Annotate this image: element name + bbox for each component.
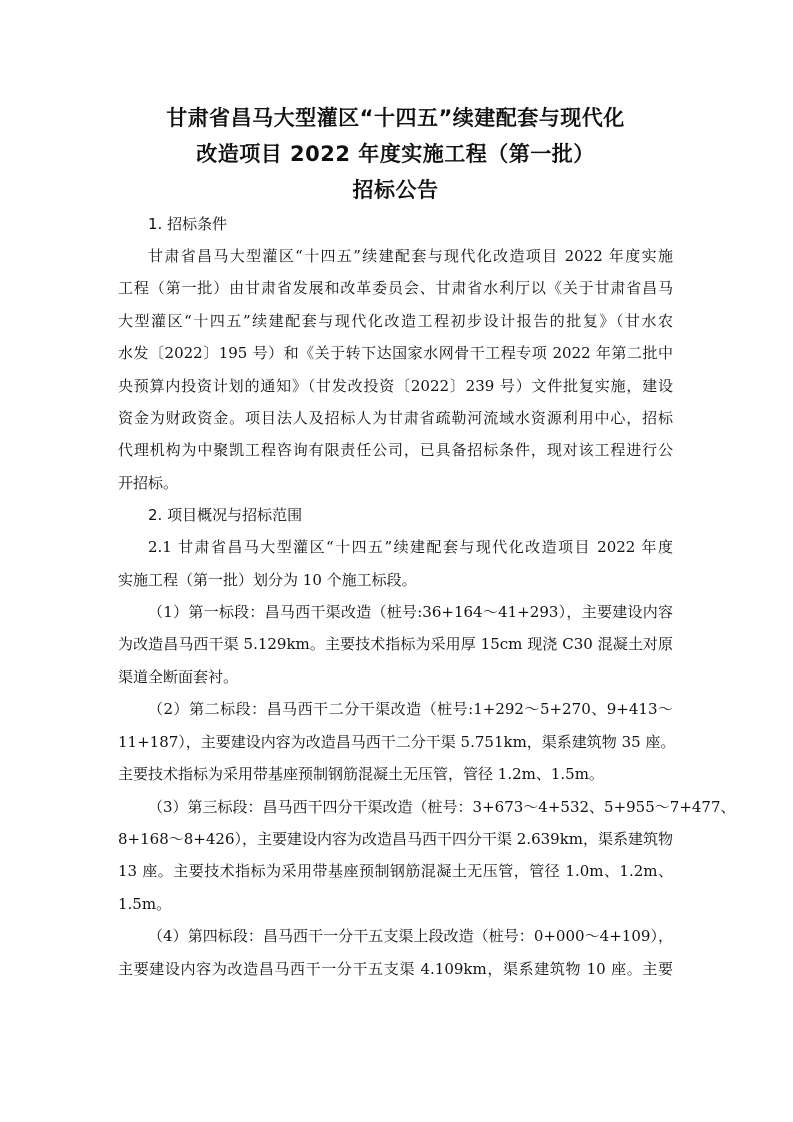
text-line: 甘肃省昌马大型灌区“十四五”续建配套与现代化改造项目 2022 年度实施: [118, 240, 673, 272]
paragraph-lot-3: （3）第三标段：昌马西干四分干渠改造（桩号：3+673～4+532、5+955～…: [118, 791, 673, 921]
text-line: 实施工程（第一批）划分为 10 个施工标段。: [118, 564, 673, 596]
text-line: 资金为财政资金。项目法人及招标人为甘肃省疏勒河流域水资源利用中心，招标: [118, 402, 673, 434]
text-line: 央预算内投资计划的通知》（甘发改投资〔2022〕239 号）文件批复实施，建设: [118, 370, 673, 402]
section-heading-bidding-conditions: 1. 招标条件: [118, 208, 673, 240]
paragraph-lot-2: （2）第二标段：昌马西干二分干渠改造（桩号:1+292～5+270、9+413～…: [118, 693, 673, 790]
text-line: 13 座。主要技术指标为采用带基座预制钢筋混凝土无压管，管径 1.0m、1.2m…: [118, 855, 673, 887]
text-line: 开招标。: [118, 467, 673, 499]
text-line: （3）第三标段：昌马西干四分干渠改造（桩号：3+673～4+532、5+955～…: [118, 791, 673, 823]
text-line: 水发〔2022〕195 号）和《关于转下达国家水网骨干工程专项 2022 年第二…: [118, 337, 673, 369]
text-line: 1.5m。: [118, 888, 673, 920]
paragraph-2-1: 2.1 甘肃省昌马大型灌区“十四五”续建配套与现代化改造项目 2022 年度 实…: [118, 531, 673, 596]
text-line: 为改造昌马西干渠 5.129km。主要技术指标为采用厚 15cm 现浇 C30 …: [118, 628, 673, 660]
document-page: 甘肃省昌马大型灌区“十四五”续建配套与现代化 改造项目 2022 年度实施工程（…: [118, 100, 673, 985]
title-line-2: 改造项目 2022 年度实施工程（第一批）: [118, 136, 673, 172]
text-line: 代理机构为中聚凯工程咨询有限责任公司，已具备招标条件，现对该工程进行公: [118, 434, 673, 466]
text-line: 工程（第一批）由甘肃省发展和改革委员会、甘肃省水利厅以《关于甘肃省昌马: [118, 272, 673, 304]
text-line: 主要技术指标为采用带基座预制钢筋混凝土无压管，管径 1.2m、1.5m。: [118, 758, 673, 790]
title-line-3: 招标公告: [118, 172, 673, 208]
paragraph-bidding-conditions: 甘肃省昌马大型灌区“十四五”续建配套与现代化改造项目 2022 年度实施 工程（…: [118, 240, 673, 499]
text-line: （2）第二标段：昌马西干二分干渠改造（桩号:1+292～5+270、9+413～: [118, 693, 673, 725]
text-line: 11+187），主要建设内容为改造昌马西干二分干渠 5.751km，渠系建筑物 …: [118, 726, 673, 758]
text-line: 2.1 甘肃省昌马大型灌区“十四五”续建配套与现代化改造项目 2022 年度: [118, 531, 673, 563]
text-line: 渠道全断面套衬。: [118, 661, 673, 693]
section-heading-project-overview: 2. 项目概况与招标范围: [118, 499, 673, 531]
paragraph-lot-4: （4）第四标段：昌马西干一分干五支渠上段改造（桩号：0+000～4+109）， …: [118, 920, 673, 985]
text-line: 大型灌区“十四五”续建配套与现代化改造工程初步设计报告的批复》（甘水农: [118, 305, 673, 337]
text-line: 主要建设内容为改造昌马西干一分干五支渠 4.109km，渠系建筑物 10 座。主…: [118, 953, 673, 985]
document-title: 甘肃省昌马大型灌区“十四五”续建配套与现代化 改造项目 2022 年度实施工程（…: [118, 100, 673, 208]
title-line-1: 甘肃省昌马大型灌区“十四五”续建配套与现代化: [118, 100, 673, 136]
text-line: （4）第四标段：昌马西干一分干五支渠上段改造（桩号：0+000～4+109），: [118, 920, 673, 952]
text-line: （1）第一标段：昌马西干渠改造（桩号:36+164～41+293），主要建设内容: [118, 596, 673, 628]
paragraph-lot-1: （1）第一标段：昌马西干渠改造（桩号:36+164～41+293），主要建设内容…: [118, 596, 673, 693]
text-line: 8+168～8+426），主要建设内容为改造昌马西干四分干渠 2.639km，渠…: [118, 823, 673, 855]
